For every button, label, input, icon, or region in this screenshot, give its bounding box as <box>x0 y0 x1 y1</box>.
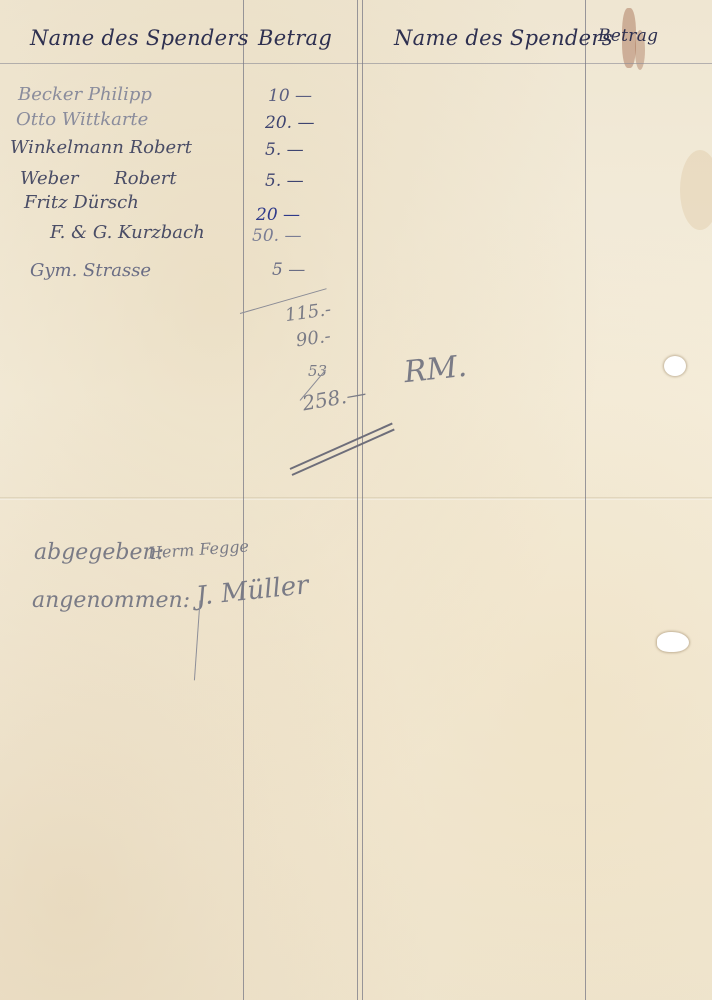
donation-amount: 5. — <box>265 171 304 191</box>
column-line-2b <box>362 0 363 1000</box>
header-name-left: Name des Spenders <box>30 26 249 50</box>
donation-amount: 50. — <box>252 226 301 246</box>
header-amount-right: Betrag <box>598 26 658 46</box>
header-amount-left: Betrag <box>258 26 332 50</box>
horizontal-fold <box>0 497 712 500</box>
donor-name: Becker Philipp <box>18 84 152 105</box>
donation-amount: 5. — <box>265 140 304 160</box>
punch-hole <box>664 356 686 376</box>
column-line-3 <box>585 0 586 1000</box>
header-name-right: Name des Spenders <box>394 26 613 50</box>
donation-amount: 20 — <box>256 205 300 225</box>
header-divider <box>0 63 712 64</box>
donor-name: Otto Wittkarte <box>16 109 148 130</box>
donation-amount: 20. — <box>265 113 314 133</box>
donor-name: Weber Robert <box>20 168 177 189</box>
donor-name: Fritz Dürsch <box>24 192 139 213</box>
donor-name: Gym. Strasse <box>30 260 151 281</box>
column-line-2a <box>357 0 358 1000</box>
handed-over-label: abgegeben: <box>34 540 164 565</box>
age-stain <box>680 150 712 230</box>
donor-name: Winkelmann Robert <box>10 137 192 158</box>
punch-hole-torn <box>657 632 689 652</box>
donation-amount: 5 — <box>272 260 305 280</box>
donation-amount: 10 — <box>268 86 312 106</box>
currency-label: RM. <box>402 349 468 390</box>
donor-name: F. & G. Kurzbach <box>50 222 205 243</box>
received-label: angenommen: <box>32 588 190 613</box>
column-line-1 <box>243 0 244 1000</box>
